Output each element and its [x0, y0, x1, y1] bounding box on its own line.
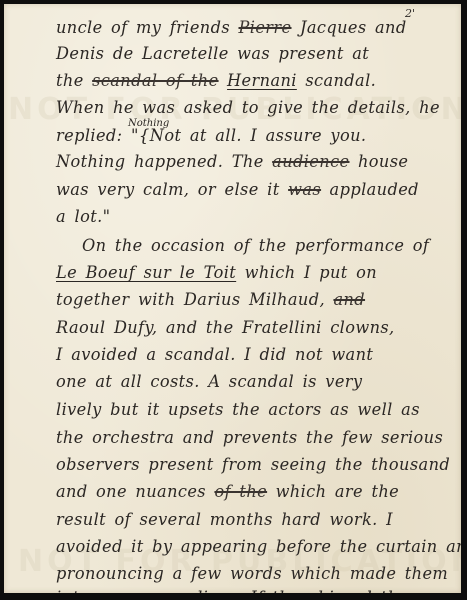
line-text: I avoided a scandal. I did not want	[56, 345, 373, 364]
line-text: which are the	[267, 482, 399, 501]
line-text: was very calm, or else it	[56, 180, 288, 199]
underlined-title: Hernani	[227, 71, 297, 90]
line-text: replied: "	[56, 126, 139, 145]
line-text: a lot."	[56, 207, 110, 226]
manuscript-line: uncle of my friends Pierre Jacques and	[56, 18, 407, 37]
manuscript-line: a lot."	[56, 207, 110, 226]
line-text: Raoul Dufy, and the Fratellini clowns,	[56, 318, 395, 337]
manuscript-line: was very calm, or else it was applauded	[56, 180, 419, 199]
manuscript-line: Le Boeuf sur le Toit which I put on	[56, 263, 377, 282]
manuscript-line: Raoul Dufy, and the Fratellini clowns,	[56, 318, 395, 337]
manuscript-line: into my accomplices. If they hissed they…	[56, 588, 461, 593]
manuscript-line: I avoided a scandal. I did not want	[56, 345, 373, 364]
manuscript-line: replied: "{Not at all. I assure you.	[56, 126, 366, 146]
line-text: which I put on	[236, 263, 377, 282]
line-text: Denis de Lacretelle was present at	[56, 44, 369, 63]
line-text: and one nuances	[56, 482, 214, 501]
underlined-title: Le Boeuf sur le Toit	[56, 263, 236, 282]
manuscript-line: Nothing happened. The audience house	[56, 152, 408, 171]
line-text: uncle of my friends	[56, 18, 238, 37]
line-text: together with Darius Milhaud,	[56, 290, 333, 309]
manuscript-line: observers present from seeing the thousa…	[56, 455, 450, 474]
struck-through-text: of the	[214, 482, 267, 501]
struck-through-text: Pierre	[238, 18, 291, 37]
line-text: house	[349, 152, 408, 171]
line-text: avoided it by appearing before the curta…	[56, 537, 461, 556]
line-text: one at all costs. A scandal is very	[56, 372, 362, 391]
manuscript-line: and one nuances of the which are the	[56, 482, 399, 501]
manuscript-line: When he was asked to give the details, h…	[56, 98, 440, 117]
line-text: the orchestra and prevents the few serio…	[56, 428, 443, 447]
struck-through-text: scandal of the	[92, 71, 218, 90]
struck-through-text: and	[333, 290, 365, 309]
struck-through-text: audience	[272, 152, 349, 171]
manuscript-line: the orchestra and prevents the few serio…	[56, 428, 443, 447]
line-text: On the occasion of the performance of	[82, 236, 429, 255]
line-text: Nothing happened. The	[56, 152, 272, 171]
line-text: observers present from seeing the thousa…	[56, 455, 450, 474]
line-text: the	[56, 71, 92, 90]
line-text: lively but it upsets the actors as well …	[56, 400, 420, 419]
manuscript-line: pronouncing a few words which made them	[56, 564, 448, 583]
manuscript-line: one at all costs. A scandal is very	[56, 372, 362, 391]
line-text: result of several months hard work. I	[56, 510, 393, 529]
line-text: my accomplices. If they hissed they woul…	[89, 588, 461, 593]
line-text: applauded	[321, 180, 419, 199]
manuscript-line: On the occasion of the performance of	[82, 236, 429, 255]
insertion-brace: {	[139, 126, 150, 146]
line-text: pronouncing a few words which made them	[56, 564, 448, 583]
line-text: Not at all. I assure you.	[150, 126, 367, 145]
struck-through-text: was	[288, 180, 321, 199]
line-text: When he was asked to give the details, h…	[56, 98, 440, 117]
line-text	[219, 71, 227, 90]
manuscript-line: the scandal of the Hernani scandal.	[56, 71, 376, 90]
manuscript-line: Denis de Lacretelle was present at	[56, 44, 369, 63]
line-text: scandal.	[297, 71, 376, 90]
struck-through-text: into	[56, 588, 89, 593]
manuscript-line: together with Darius Milhaud, and	[56, 290, 365, 309]
manuscript-line: avoided it by appearing before the curta…	[56, 537, 461, 556]
line-text: Jacques and	[292, 18, 407, 37]
manuscript-line: result of several months hard work. I	[56, 510, 393, 529]
manuscript-line: lively but it upsets the actors as well …	[56, 400, 420, 419]
manuscript-page: NOT FOR PUBLICATION NOT FOR PUBLICATION …	[4, 4, 461, 593]
